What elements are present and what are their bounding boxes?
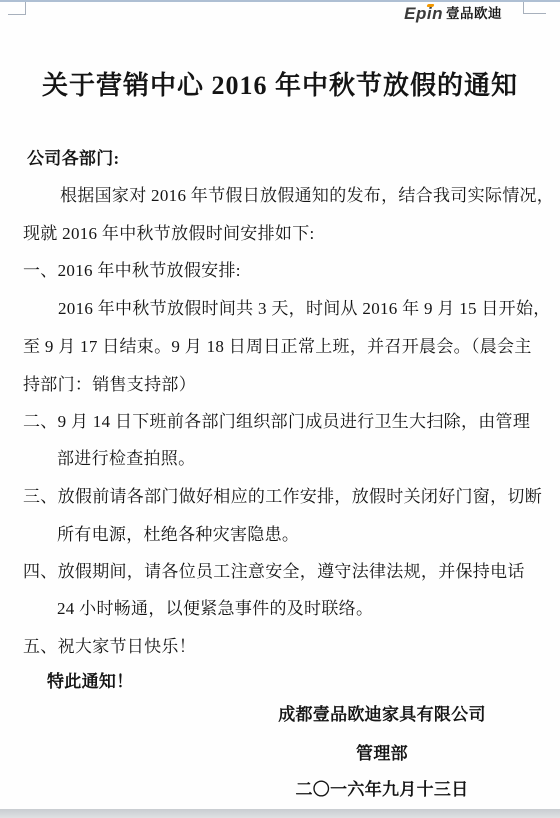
signature-company: 成都壹品欧迪家具有限公司: [202, 704, 560, 725]
item5-line: 五、祝大家节日快乐！: [23, 636, 196, 657]
signature-date: 二〇一六年九月十三日: [202, 779, 560, 800]
notice-title: 关于营销中心 2016 年中秋节放假的通知: [0, 70, 560, 102]
logo-chinese-name: 壹品欧迪: [446, 4, 502, 24]
salutation: 公司各部门:: [27, 148, 119, 169]
intro-line-2: 现就 2016 年中秋节放假时间安排如下:: [23, 223, 315, 244]
item2-line1: 二、9 月 14 日下班前各部门组织部门成员进行卫生大扫除，由管理: [23, 411, 530, 432]
logo-brand-text: Epin: [404, 4, 443, 23]
item3-line1: 三、放假前请各部门做好相应的工作安排，放假时关闭好门窗，切断: [23, 486, 542, 507]
item1-line3: 持部门：销售支持部）: [23, 374, 196, 395]
item3-line2: 所有电源，杜绝各种灾害隐患。: [57, 524, 299, 545]
signature-department: 管理部: [202, 743, 560, 764]
company-logo: Epin 壹品欧迪: [404, 4, 502, 24]
item1-line1: 2016 年中秋节放假时间共 3 天，时间从 2016 年 9 月 15 日开始…: [58, 298, 551, 319]
closing-notice: 特此通知！: [47, 671, 134, 692]
item4-line2: 24 小时畅通，以便紧急事件的及时联络。: [57, 598, 373, 619]
item1-line2: 至 9 月 17 日结束。9 月 18 日周日正常上班，并召开晨会。（晨会主: [23, 336, 532, 357]
logo-i-accent-mark: [426, 4, 434, 7]
item1-heading: 一、2016 年中秋节放假安排:: [23, 260, 241, 281]
margin-crop-mark-left: [8, 2, 26, 15]
item2-line2: 部进行检查拍照。: [57, 448, 195, 469]
margin-crop-mark-right: [523, 2, 546, 14]
intro-line-1: 根据国家对 2016 年节假日放假通知的发布，结合我司实际情况，: [60, 185, 554, 206]
notice-document-page: Epin 壹品欧迪 关于营销中心 2016 年中秋节放假的通知 公司各部门: 根…: [0, 0, 560, 818]
item4-line1: 四、放假期间，请各位员工注意安全，遵守法律法规，并保持电话: [23, 561, 525, 582]
page-bottom-edge: [0, 809, 560, 818]
logo-wordmark: Epin: [404, 4, 443, 24]
window-top-border: [0, 0, 560, 2]
